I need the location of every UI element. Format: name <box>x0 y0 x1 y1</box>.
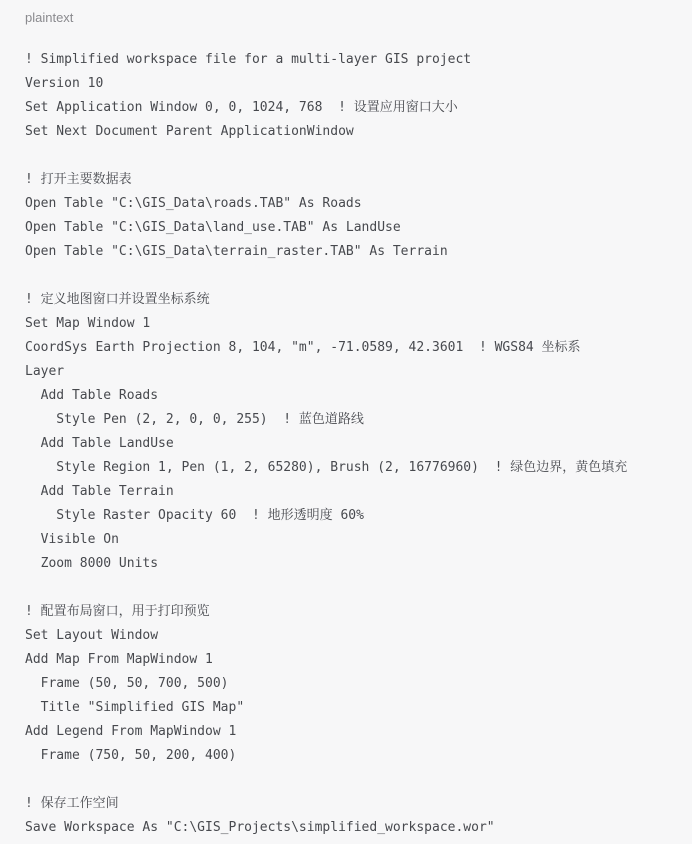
code-line: Add Table LandUse <box>25 432 672 456</box>
code-line: Visible On <box>25 528 672 552</box>
code-line: Open Table "C:\GIS_Data\land_use.TAB" As… <box>25 216 672 240</box>
code-line <box>25 768 672 792</box>
code-language-label: plaintext <box>0 0 692 48</box>
code-line: Frame (750, 50, 200, 400) <box>25 744 672 768</box>
code-line: Layer <box>25 360 672 384</box>
code-line: Frame (50, 50, 700, 500) <box>25 672 672 696</box>
code-line: Open Table "C:\GIS_Data\roads.TAB" As Ro… <box>25 192 672 216</box>
code-line: Style Pen (2, 2, 0, 0, 255) ! 蓝色道路线 <box>25 408 672 432</box>
code-line: Set Next Document Parent ApplicationWind… <box>25 120 672 144</box>
code-line: ! 打开主要数据表 <box>25 168 672 192</box>
code-line: Set Application Window 0, 0, 1024, 768 !… <box>25 96 672 120</box>
code-line: CoordSys Earth Projection 8, 104, "m", -… <box>25 336 672 360</box>
code-line: Zoom 8000 Units <box>25 552 672 576</box>
code-line: Version 10 <box>25 72 672 96</box>
code-line: Set Layout Window <box>25 624 672 648</box>
code-body: ! Simplified workspace file for a multi-… <box>0 48 692 844</box>
code-line: ! 定义地图窗口并设置坐标系统 <box>25 288 672 312</box>
code-line: ! Simplified workspace file for a multi-… <box>25 48 672 72</box>
code-line: Style Region 1, Pen (1, 2, 65280), Brush… <box>25 456 672 480</box>
code-line: Title "Simplified GIS Map" <box>25 696 672 720</box>
code-line <box>25 144 672 168</box>
code-line: ! 保存工作空间 <box>25 792 672 816</box>
code-block: plaintext ! Simplified workspace file fo… <box>0 0 692 844</box>
code-line: Add Table Terrain <box>25 480 672 504</box>
code-line: Save Workspace As "C:\GIS_Projects\simpl… <box>25 816 672 840</box>
code-line: Add Table Roads <box>25 384 672 408</box>
code-line: Add Map From MapWindow 1 <box>25 648 672 672</box>
code-line: Set Map Window 1 <box>25 312 672 336</box>
code-line <box>25 576 672 600</box>
code-line: Style Raster Opacity 60 ! 地形透明度 60% <box>25 504 672 528</box>
code-line <box>25 264 672 288</box>
code-line: Add Legend From MapWindow 1 <box>25 720 672 744</box>
code-line: Open Table "C:\GIS_Data\terrain_raster.T… <box>25 240 672 264</box>
code-line: ! 配置布局窗口，用于打印预览 <box>25 600 672 624</box>
